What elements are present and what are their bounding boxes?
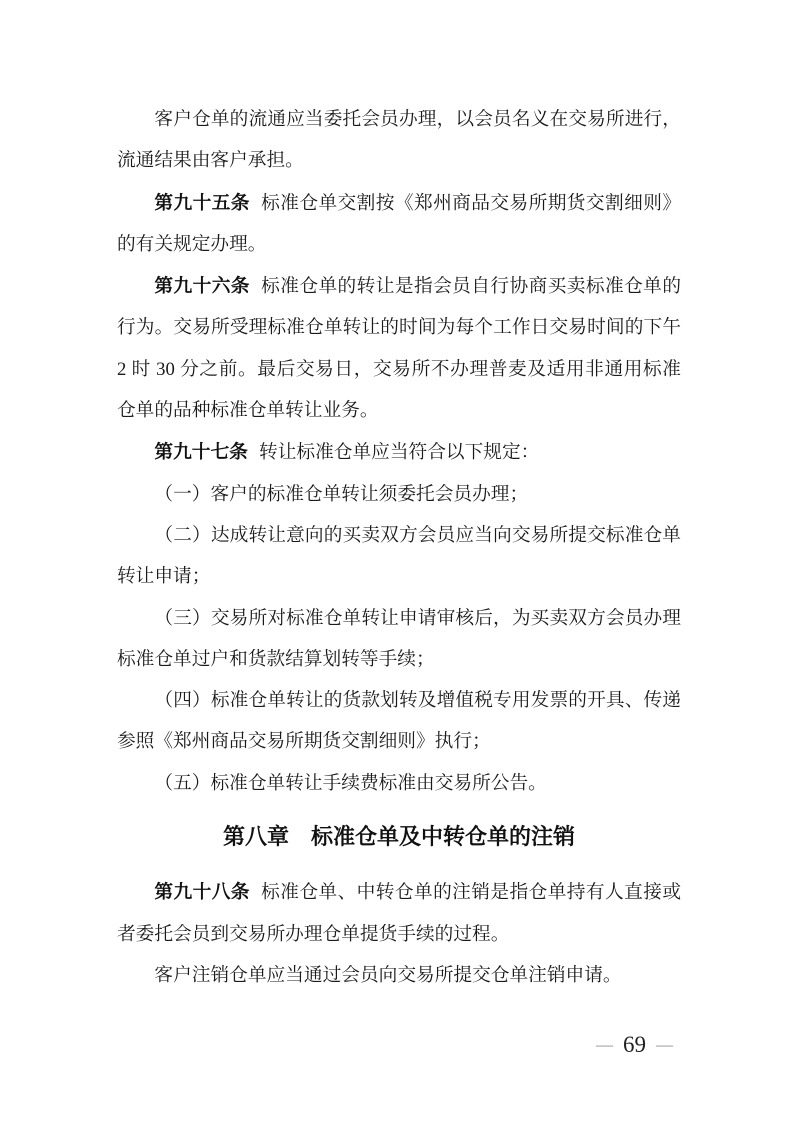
article-number: 第九十五条 [154,192,261,213]
paragraph-text: （二）达成转让意向的买卖双方会员应当向交易所提交标准仓单转让申请； [117,525,681,587]
paragraph: 第九十八条标准仓单、中转仓单的注销是指仓单持有人直接或者委托会员到交易所办理仓单… [117,871,681,955]
paragraph: 第九十五条标准仓单交割按《郑州商品交易所期货交割细则》的有关规定办理。 [117,182,681,266]
paragraph-text: 转让标准仓单应当符合以下规定： [259,442,539,463]
paragraph-text: 客户仓单的流通应当委托会员办理，以会员名义在交易所进行，流通结果由客户承担。 [117,109,681,171]
footer-dash-right: — [656,1036,673,1053]
paragraph-text: （五）标准仓单转让手续费标准由交易所公告。 [154,773,546,794]
page-footer: — 69 — [596,1033,673,1056]
paragraph: 客户注销仓单应当通过会员向交易所提交仓单注销申请。 [117,955,681,996]
paragraph-text: 客户注销仓单应当通过会员向交易所提交仓单注销申请。 [154,965,621,986]
paragraph-text: （四）标准仓单转让的货款划转及增值税专用发票的开具、传递参照《郑州商品交易所期货… [117,690,681,752]
document-page: 客户仓单的流通应当委托会员办理，以会员名义在交易所进行，流通结果由客户承担。 第… [0,0,793,1122]
paragraph-text: 标准仓单的转让是指会员自行协商买卖标准仓单的行为。交易所受理标准仓单转让的时间为… [117,276,681,421]
document-body: 客户仓单的流通应当委托会员办理，以会员名义在交易所进行，流通结果由客户承担。 第… [117,99,681,996]
article-number: 第九十六条 [154,275,261,296]
article-number: 第九十七条 [154,441,259,462]
footer-dash-left: — [596,1036,613,1053]
paragraph-text: （一）客户的标准仓单转让须委托会员办理； [154,484,528,505]
paragraph-list-item: （二）达成转让意向的买卖双方会员应当向交易所提交标准仓单转让申请； [117,515,681,598]
paragraph-list-item: （四）标准仓单转让的货款划转及增值税专用发票的开具、传递参照《郑州商品交易所期货… [117,680,681,763]
paragraph-list-item: （一）客户的标准仓单转让须委托会员办理； [117,474,681,515]
paragraph-text: （三）交易所对标准仓单转让申请审核后，为买卖双方会员办理标准仓单过户和货款结算划… [117,608,681,670]
paragraph-list-item: （三）交易所对标准仓单转让申请审核后，为买卖双方会员办理标准仓单过户和货款结算划… [117,598,681,681]
paragraph-list-item: （五）标准仓单转让手续费标准由交易所公告。 [117,763,681,804]
paragraph: 客户仓单的流通应当委托会员办理，以会员名义在交易所进行，流通结果由客户承担。 [117,99,681,182]
paragraph: 第九十六条标准仓单的转让是指会员自行协商买卖标准仓单的行为。交易所受理标准仓单转… [117,265,681,431]
article-number: 第九十八条 [154,881,261,902]
chapter-heading: 第八章 标准仓单及中转仓单的注销 [117,816,681,857]
page-number: 69 [623,1033,646,1056]
paragraph: 第九十七条转让标准仓单应当符合以下规定： [117,431,681,473]
